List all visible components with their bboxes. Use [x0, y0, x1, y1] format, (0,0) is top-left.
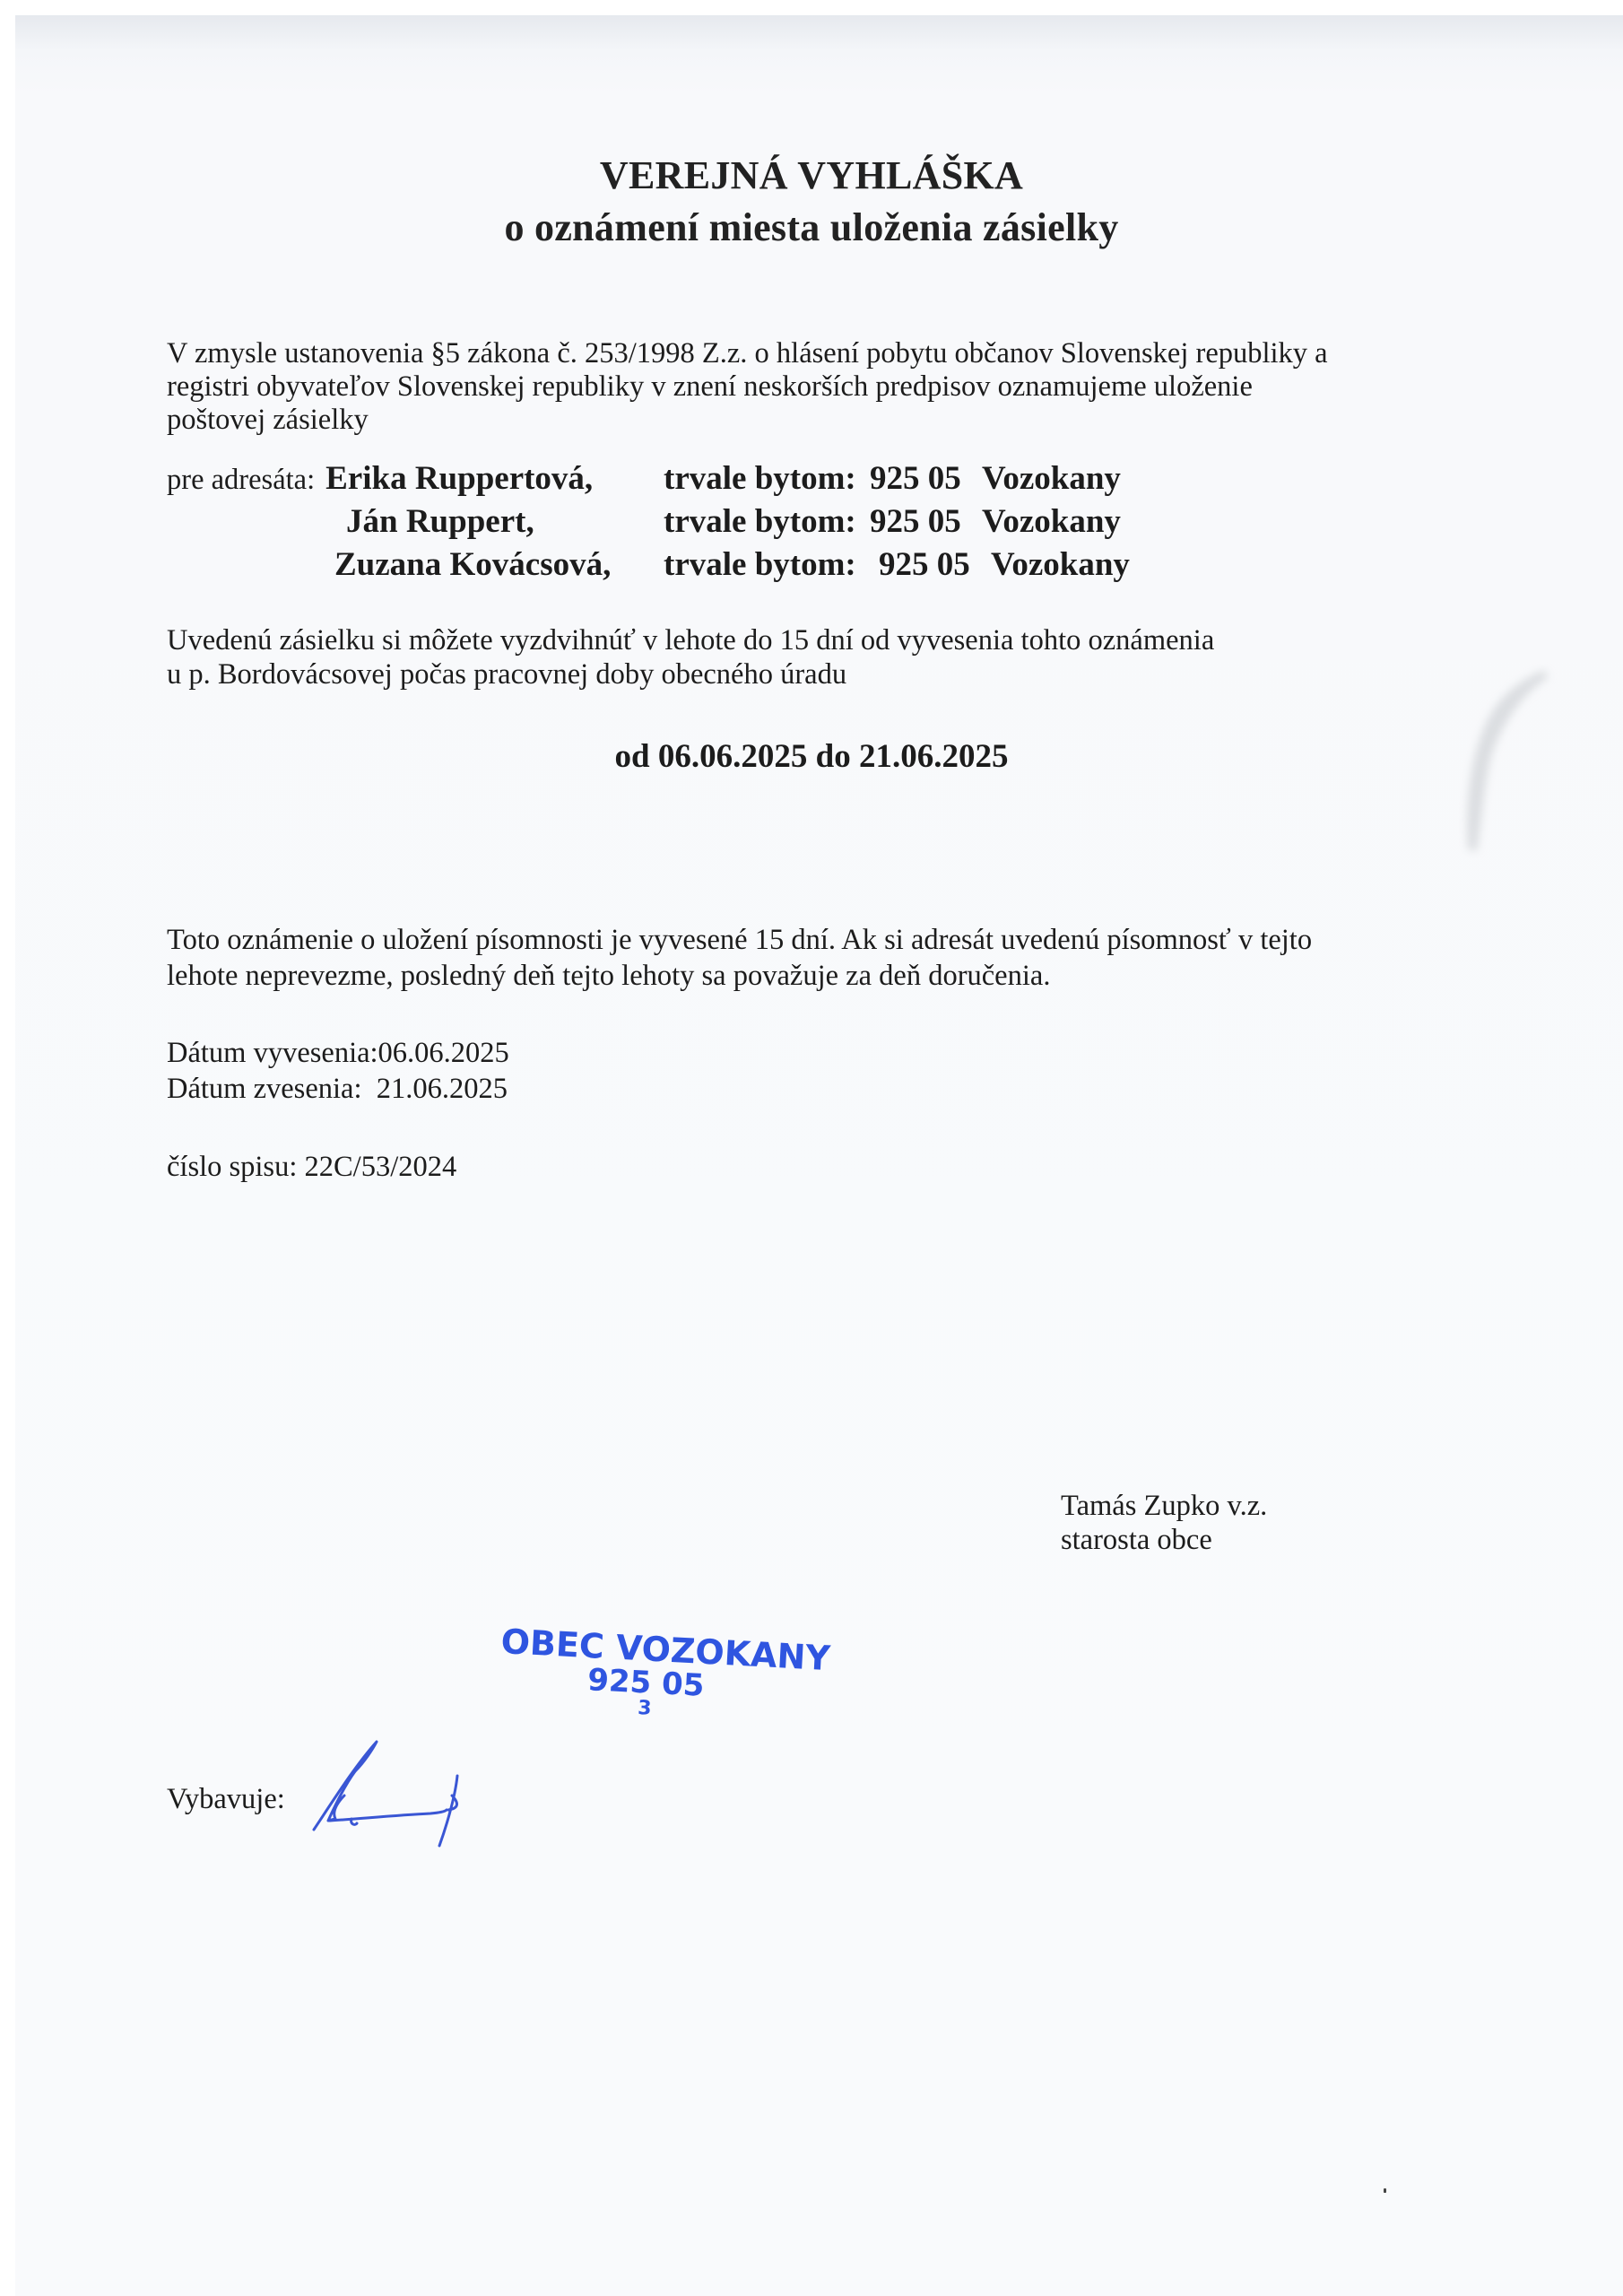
prepared-by-label: Vybavuje:: [167, 1783, 285, 1816]
addressee-row: pre adresáta: Erika Ruppertová,: [167, 459, 593, 498]
residence-label: trvale bytom:: [664, 503, 856, 540]
intro-line: registri obyvateľov Slovenskej republiky…: [167, 370, 1328, 404]
addressee-name: Erika Ruppertová,: [325, 460, 593, 497]
town: Vozokany: [982, 503, 1121, 540]
signatory-role: starosta obce: [1061, 1523, 1267, 1557]
intro-line: poštovej zásielky: [167, 404, 1328, 437]
residence-label: trvale bytom:: [664, 460, 856, 497]
residence-label: trvale bytom:: [664, 546, 856, 583]
postcode: 925 05: [879, 546, 970, 583]
handwritten-signature: [305, 1731, 484, 1848]
document-title: VEREJNÁ VYHLÁŠKA: [0, 152, 1623, 198]
intro-line: V zmysle ustanovenia §5 zákona č. 253/19…: [167, 337, 1328, 370]
notice-line: Toto oznámenie o uložení písomnosti je v…: [167, 924, 1312, 960]
addressee-row: Zuzana Kovácsová,: [334, 545, 611, 584]
addressee-row: Ján Ruppert,: [346, 502, 534, 541]
addressee-name: Ján Ruppert,: [346, 503, 534, 540]
posting-date: Dátum vyvesenia:06.06.2025: [167, 1037, 509, 1073]
file-number: číslo spisu: 22C/53/2024: [167, 1151, 456, 1184]
addressee-name: Zuzana Kovácsová,: [334, 546, 611, 583]
addressee-residence: trvale bytom: 925 05 Vozokany: [664, 459, 1121, 498]
pickup-line: u p. Bordovácsovej počas pracovnej doby …: [167, 658, 1214, 692]
addressee-label: pre adresáta:: [167, 464, 315, 496]
removal-date: Dátum zvesenia: 21.06.2025: [167, 1073, 509, 1109]
official-stamp: OBEC VOZOKANY 925 05 3: [498, 1622, 831, 1729]
postcode: 925 05: [870, 503, 961, 540]
document-subtitle: o oznámení miesta uloženia zásielky: [0, 204, 1623, 250]
addressee-residence: trvale bytom: 925 05 Vozokany: [664, 502, 1121, 541]
notice-paragraph: Toto oznámenie o uložení písomnosti je v…: [167, 924, 1312, 996]
paper-speck: [1384, 2188, 1386, 2193]
pickup-line: Uvedenú zásielku si môžete vyzdvihnúť v …: [167, 624, 1214, 658]
notice-line: lehote neprevezme, posledný deň tejto le…: [167, 960, 1312, 996]
postcode: 925 05: [870, 460, 961, 497]
addressee-residence: trvale bytom: 925 05 Vozokany: [664, 545, 1130, 584]
pickup-paragraph: Uvedenú zásielku si môžete vyzdvihnúť v …: [167, 624, 1214, 692]
pickup-period: od 06.06.2025 do 21.06.2025: [0, 737, 1623, 776]
signatory-name: Tamás Zupko v.z.: [1061, 1489, 1267, 1523]
signatory-block: Tamás Zupko v.z. starosta obce: [1061, 1489, 1267, 1557]
dates-block: Dátum vyvesenia:06.06.2025 Dátum zveseni…: [167, 1037, 509, 1109]
town: Vozokany: [982, 460, 1121, 497]
intro-paragraph: V zmysle ustanovenia §5 zákona č. 253/19…: [167, 337, 1328, 437]
town: Vozokany: [991, 546, 1130, 583]
